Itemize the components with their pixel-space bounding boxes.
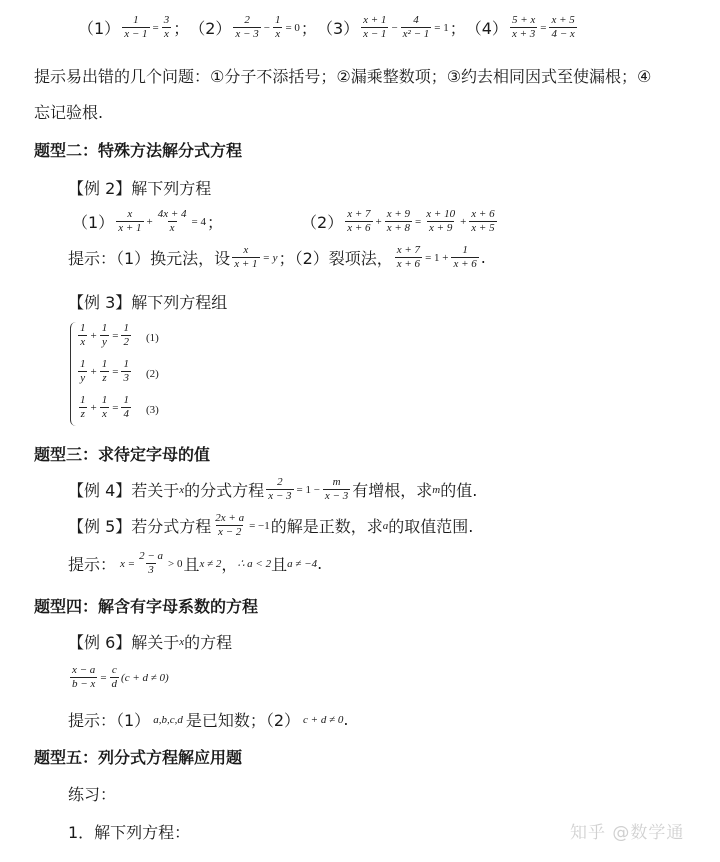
equation-tag: (2) (146, 368, 159, 380)
watermark: 知乎 @数学通 (570, 818, 684, 843)
system-row: 1x + 1y = 12 (76, 322, 133, 349)
fraction: x + 54 − x (549, 14, 576, 41)
fraction: 4x + 4x (156, 208, 189, 235)
fraction: x + 1x − 1 (361, 14, 388, 41)
example-5: 【例 5】若分式方程 2x + ax − 2 = −1 的解是正数，求 a 的取… (68, 512, 473, 539)
tip-text-cont: 忘记验根. (34, 100, 103, 123)
fraction: 4x² − 1 (401, 14, 432, 41)
fraction: 1x + 6 (451, 244, 478, 271)
equation-tag: (1) (146, 332, 159, 344)
fraction: 2x − 3 (233, 14, 260, 41)
section-heading: 题型二：特殊方法解分式方程 (34, 138, 242, 161)
example-title: 【例 3】解下列方程组 (68, 290, 227, 313)
fraction: cd (110, 664, 120, 691)
equation-list-row: （1） 1x − 1 = 3x ； （2） 2x − 3 − 1x = 0 ； … (78, 14, 579, 41)
item-label: （1） (78, 16, 120, 39)
hint-line: 提示： x = 2 − a3 > 0 且 x ≠ 2 ， ∴ a < 2 且 a… (68, 550, 322, 577)
fraction: x + 7x + 6 (395, 244, 422, 271)
fraction: 3x (162, 14, 172, 41)
hint-line: 提示：（1） a,b,c,d 是已知数；（2） c + d ≠ 0 . (68, 708, 348, 731)
practice-item: 1．解下列方程： (68, 820, 190, 843)
tip-text: 提示易出错的几个问题：①分子不添括号；②漏乘整数项；③约去相同因式至使漏根；④ (34, 64, 651, 87)
system-row: 1z + 1x = 14 (76, 394, 133, 421)
section-heading: 题型五：列分式方程解应用题 (34, 745, 242, 768)
fraction: 2x − 3 (266, 476, 293, 503)
equation-tag: (3) (146, 404, 159, 416)
fraction: x + 6x + 5 (469, 208, 496, 235)
fraction: 2 − a3 (137, 550, 165, 577)
fraction: 2x + ax − 2 (213, 512, 246, 539)
fraction: xx + 1 (232, 244, 259, 271)
example-6-equation: x − ab − x = cd (c + d ≠ 0) (68, 664, 169, 691)
fraction: x + 7x + 6 (345, 208, 372, 235)
hint-line: 提示：（1）换元法，设 xx + 1 = y ；（2）裂项法， x + 7x +… (68, 244, 486, 271)
item-label: （4） (466, 16, 508, 39)
item-label: （3） (317, 16, 359, 39)
example-4: 【例 4】若关于 x 的分式方程 2x − 3 = 1 − mx − 3 有增根… (68, 476, 477, 503)
example-title: 【例 2】解下列方程 (68, 176, 211, 199)
fraction: 1x (273, 14, 283, 41)
item-label: （2） (189, 16, 231, 39)
fraction: xx + 1 (116, 208, 143, 235)
fraction: mx − 3 (323, 476, 350, 503)
practice-label: 练习： (68, 782, 116, 805)
fraction: x + 10x + 9 (424, 208, 457, 235)
section-heading: 题型四：解含有字母系数的方程 (34, 594, 258, 617)
fraction: 5 + xx + 3 (510, 14, 537, 41)
fraction: x + 9x + 8 (385, 208, 412, 235)
example-6: 【例 6】解关于 x 的方程 (68, 630, 232, 653)
section-heading: 题型三：求待定字母的值 (34, 442, 210, 465)
fraction: 1x − 1 (122, 14, 149, 41)
fraction: x − ab − x (70, 664, 97, 691)
example-problems: （1） xx + 1 + 4x + 4x = 4 ； （2） x + 7x + … (72, 208, 499, 235)
system-row: 1y + 1z = 13 (76, 358, 133, 385)
